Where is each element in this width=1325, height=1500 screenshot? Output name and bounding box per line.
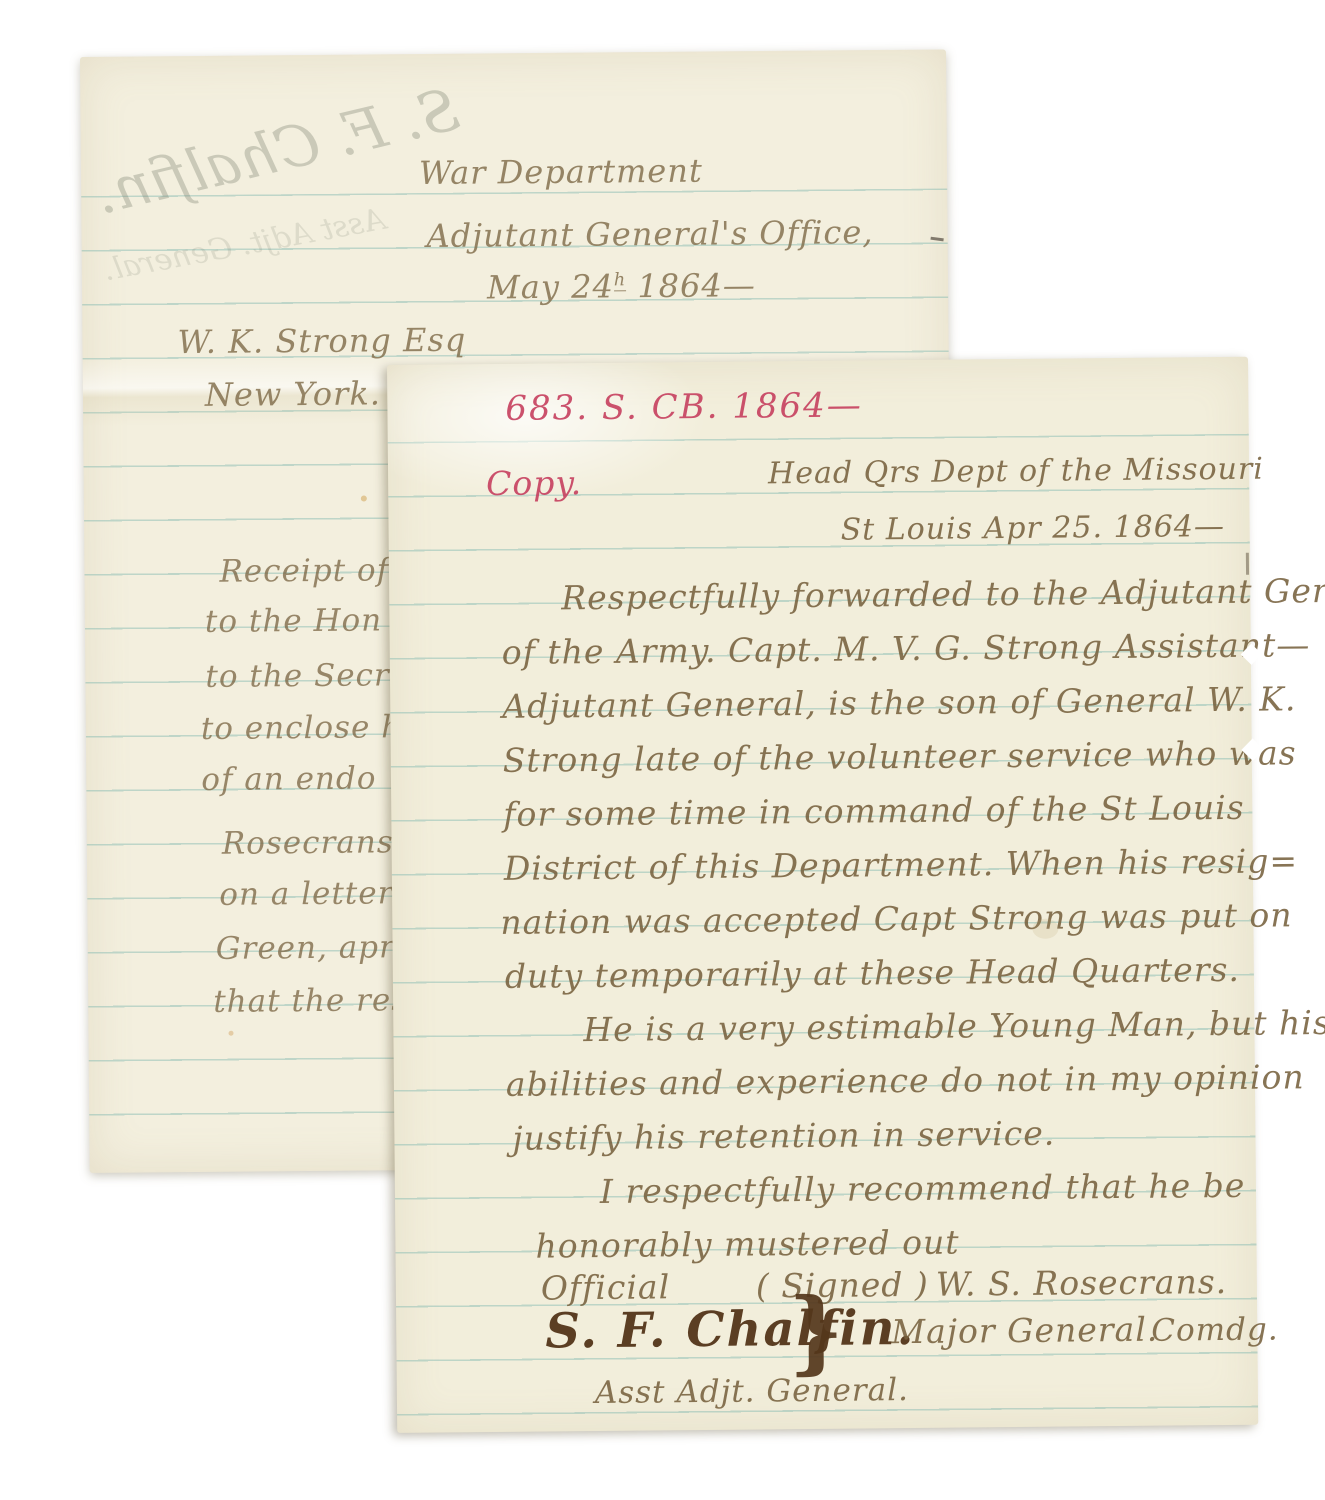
page1-addressee-city: New York. (205, 374, 381, 414)
body-line: for some time in command of the St Louis (503, 788, 1245, 834)
body-line: nation was accepted Capt Strong was put … (500, 895, 1293, 942)
ink-mark-page1-edge (930, 237, 943, 242)
body-line: He is a very estimable Young Man, but hi… (583, 1003, 1325, 1049)
page1-body-fragment: Green, apre (216, 929, 415, 967)
body-line: of the Army. Capt. M. V. G. Strong Assis… (502, 625, 1311, 672)
page1-body-fragment: to enclose he (201, 709, 422, 747)
copy-label: Copy. (486, 463, 582, 503)
page1-date-suffix: 1864— (626, 266, 756, 305)
age-spot (361, 496, 367, 502)
page1-body-fragment: on a letter (219, 875, 393, 913)
commanding-abbrev: Comdg. (1151, 1311, 1279, 1348)
signer-rank: Major General. (891, 1310, 1158, 1352)
body-line: District of this Department. When his re… (504, 841, 1299, 888)
page1-body-fragment: to the Hon C (205, 602, 418, 640)
body-line: Respectfully forwarded to the Adjutant G… (561, 570, 1325, 617)
page2-heading-date: St Louis Apr 25. 1864— (840, 509, 1225, 548)
body-line: Strong late of the volunteer service who… (503, 733, 1297, 780)
signature-brace: } (788, 1278, 844, 1385)
page1-body-fragment: that the rest (213, 982, 422, 1020)
docket-number: 683. S. CB. 1864— (505, 385, 863, 428)
page1-body-fragment: Rosecrans, (222, 824, 405, 862)
page1-date: May 24h 1864— (487, 266, 756, 306)
page1-header-department: War Department (419, 152, 703, 192)
body-line: abilities and experience do not in my op… (506, 1057, 1305, 1104)
body-line: honorably mustered out (535, 1223, 959, 1266)
bleedthrough-signature: S. F. Chalfin. (88, 75, 466, 228)
page1-date-prefix: May 24 (487, 267, 614, 306)
body-line: justify his retention in service. (512, 1114, 1055, 1158)
page1-addressee: W. K. Strong Esq (177, 321, 466, 362)
page1-body-fragment: of an endo (201, 760, 376, 798)
body-line: duty temporarily at these Head Quarters. (505, 950, 1240, 996)
age-spot (229, 1031, 234, 1036)
page1-body-fragment: Receipt of (219, 552, 389, 589)
letter-page-endorsement-copy: 683. S. CB. 1864— Copy. Head Qrs Dept of… (387, 357, 1258, 1433)
page2-heading-headquarters: Head Qrs Dept of the Missouri (768, 452, 1264, 492)
page1-body-fragment: to the Secre (205, 657, 409, 695)
bleedthrough-line2: Asst Adjt. General. (101, 202, 388, 288)
body-line: Adjutant General, is the son of General … (502, 679, 1296, 726)
page1-header-office: Adjutant General's Office, (426, 213, 873, 255)
scanned-letters-background: { "page1": { "header_line1": "War Depart… (0, 0, 1325, 1500)
chalfin-signature: S. F. Chalfin. (545, 1300, 916, 1360)
signer-name: W. S. Rosecrans. (936, 1262, 1228, 1304)
page1-date-superscript: h (614, 271, 627, 292)
chalfin-title: Asst Adjt. General. (595, 1372, 909, 1411)
body-line: I respectfully recommend that he be (600, 1166, 1246, 1211)
